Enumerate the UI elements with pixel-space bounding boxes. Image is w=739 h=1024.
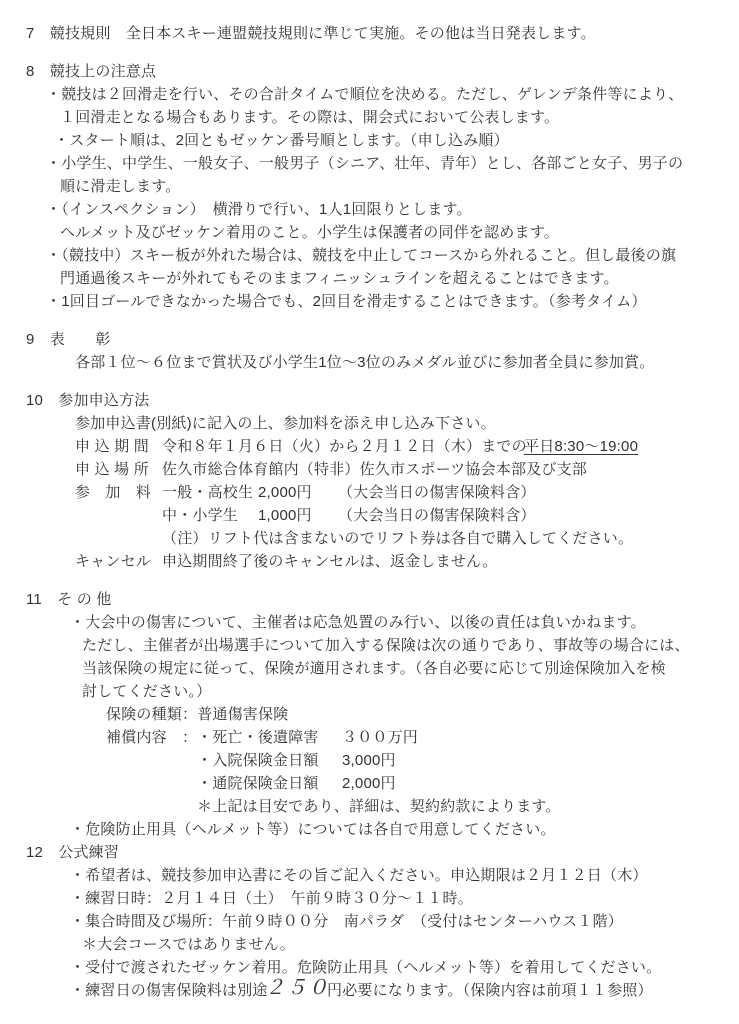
text-segment: 10 参加申込方法 [26, 389, 150, 412]
text-segment: （大会当日の傷害保険料含） [338, 481, 536, 504]
text-segment: 各部１位～６位まで賞状及び小学生1位～3位のみメダル並びに参加者全員に参加賞。 [75, 351, 655, 374]
text-segment: ・（競技中）スキー板が外れた場合は、競技を中止してコースから外れること。但し最後… [46, 244, 676, 267]
text-segment: ＊大会コースではありません。 [82, 933, 295, 956]
text-line: 9 表 彰 [0, 328, 739, 351]
text-segment: 円必要になります。（保険内容は前項１１参照） [327, 979, 653, 1002]
text-line: ＊上記は目安であり、詳細は、契約約款によります。 [0, 795, 739, 818]
text-segment: 門通過後スキーが外れてもそのままフィニッシュラインを超えることはできます。 [60, 267, 619, 290]
text-segment: ・小学生、中学生、一般女子、一般男子（シニア、壮年、青年）とし、各部ごと女子、男… [46, 152, 683, 175]
text-segment: 佐久市総合体育館内（特非）佐久市スポーツ協会本部及び支部 [162, 458, 587, 481]
text-segment: 2,000円 [258, 481, 312, 504]
text-line: ・練習日時：２月１４日（土） 午前９時３０分～１１時。 [0, 887, 739, 910]
text-line: ・集合時間及び場所：午前９時００分 南パラダ （受付はセンターハウス１階） [0, 910, 739, 933]
text-line: ただし、主催者が出場選手について加入する保険は次の通りであり、事故等の場合には、 [0, 634, 739, 657]
text-segment: 参加申込書(別紙)に記入の上、参加料を添え申し込み下さい。 [75, 412, 496, 435]
text-segment: 2,000円 [342, 772, 396, 795]
text-line: 参加申込書(別紙)に記入の上、参加料を添え申し込み下さい。 [0, 412, 739, 435]
text-segment: 補償内容 ： [106, 726, 197, 749]
text-line: 申 込 期 間令和８年１月６日（火）から２月１２日（木）までの平日8:30～19… [0, 435, 739, 458]
text-segment: 1,000円 [258, 504, 312, 527]
text-line: 10 参加申込方法 [0, 389, 739, 412]
text-line: ・希望者は、競技参加申込書にその旨ご記入ください。申込期限は２月１２日（木） [0, 864, 739, 887]
text-line: ・受付で渡されたゼッケン着用。危険防止用具（ヘルメット等）を着用してください。 [0, 956, 739, 979]
text-line: 11 そ の 他 [0, 588, 739, 611]
text-segment: 中・小学生 [162, 504, 238, 527]
text-segment: 一般・高校生 [162, 481, 253, 504]
text-segment: キャンセル [75, 550, 151, 573]
text-segment: 参 加 料 [75, 481, 151, 504]
text-line: ・競技は２回滑走を行い、その合計タイムで順位を決める。ただし、ゲレンデ条件等によ… [0, 83, 739, 106]
text-line: 参 加 料一般・高校生2,000円（大会当日の傷害保険料含） [0, 481, 739, 504]
text-segment: 申 込 期 間 [75, 435, 149, 458]
text-segment: ・受付で渡されたゼッケン着用。危険防止用具（ヘルメット等）を着用してください。 [70, 956, 661, 979]
text-line: 順に滑走します。 [0, 175, 739, 198]
text-segment: ・危険防止用具（ヘルメット等）については各自で用意してください。 [70, 818, 556, 841]
text-line: ・（競技中）スキー板が外れた場合は、競技を中止してコースから外れること。但し最後… [0, 244, 739, 267]
text-segment: ・練習日の傷害保険料は別途 [70, 979, 268, 1002]
text-line: 12 公式練習 [0, 841, 739, 864]
text-line: ・危険防止用具（ヘルメット等）については各自で用意してください。 [0, 818, 739, 841]
text-line: １回滑走となる場合もあります。その際は、開会式において公表します。 [0, 106, 739, 129]
text-segment: １回滑走となる場合もあります。その際は、開会式において公表します。 [60, 106, 559, 129]
document-body: 7 競技規則 全日本スキー連盟競技規則に準じて実施。その他は当日発表します。8 … [0, 0, 739, 1002]
text-segment: 7 競技規則 全日本スキー連盟競技規則に準じて実施。その他は当日発表します。 [26, 22, 596, 45]
document-page: 7 競技規則 全日本スキー連盟競技規則に準じて実施。その他は当日発表します。8 … [0, 0, 739, 1024]
text-segment: 申 込 場 所 [75, 458, 149, 481]
text-line: 7 競技規則 全日本スキー連盟競技規則に準じて実施。その他は当日発表します。 [0, 22, 739, 45]
text-segment: 令和８年１月６日（火）から２月１２日（木）までの [162, 435, 527, 458]
text-segment: 8 競技上の注意点 [26, 60, 156, 83]
text-line: ・練習日の傷害保険料は別途２５０円必要になります。（保険内容は前項１１参照） [0, 979, 739, 1002]
text-segment: ヘルメット及びゼッケン着用のこと。小学生は保護者の同伴を認めます。 [60, 221, 559, 244]
text-line: ・大会中の傷害について、主催者は応急処置のみ行い、以後の責任は負いかねます。 [0, 611, 739, 634]
text-line: 中・小学生1,000円（大会当日の傷害保険料含） [0, 504, 739, 527]
text-segment: 平日8:30～19:00 [524, 435, 638, 458]
text-line: ・（インスペクション） 横滑りで行い、1人1回限りとします。 [0, 198, 739, 221]
text-line: ・入院保険金日額3,000円 [0, 749, 739, 772]
text-line: ・通院保険金日額2,000円 [0, 772, 739, 795]
text-segment: 3,000円 [342, 749, 396, 772]
text-segment: 11 そ の 他 [26, 588, 112, 611]
text-line: （注）リフト代は含まないのでリフト券は各自で購入してください。 [0, 527, 739, 550]
text-segment: ・競技は２回滑走を行い、その合計タイムで順位を決める。ただし、ゲレンデ条件等によ… [46, 83, 683, 106]
text-line: 補償内容 ：・死亡・後遺障害３００万円 [0, 726, 739, 749]
text-segment: ・（インスペクション） 横滑りで行い、1人1回限りとします。 [46, 198, 472, 221]
text-segment: 順に滑走します。 [60, 175, 180, 198]
text-segment: 9 表 彰 [26, 328, 111, 351]
text-segment: 申込期間終了後のキャンセルは、返金しません。 [162, 550, 497, 573]
text-segment: ２５０ [265, 977, 330, 1000]
text-segment: ・通院保険金日額 [197, 772, 319, 795]
text-segment: ＊上記は目安であり、詳細は、契約約款によります。 [197, 795, 561, 818]
text-line: キャンセル申込期間終了後のキャンセルは、返金しません。 [0, 550, 739, 573]
text-segment: 討してください。） [82, 680, 211, 703]
text-line: 各部１位～６位まで賞状及び小学生1位～3位のみメダル並びに参加者全員に参加賞。 [0, 351, 739, 374]
text-line: ・1回目ゴールできなかった場合でも、2回目を滑走することはできます。（参考タイム… [0, 290, 739, 313]
text-segment: （注）リフト代は含まないのでリフト券は各自で購入してください。 [162, 527, 633, 550]
text-line: 討してください。） [0, 680, 739, 703]
text-segment: 当該保険の規定に従って、保険が適用されます。（各自必要に応じて別途保険加入を検 [82, 657, 666, 680]
text-segment: 保険の種類：普通傷害保険 [106, 703, 288, 726]
text-segment: ３００万円 [342, 726, 418, 749]
text-segment: ただし、主催者が出場選手について加入する保険は次の通りであり、事故等の場合には、 [82, 634, 690, 657]
text-line: 当該保険の規定に従って、保険が適用されます。（各自必要に応じて別途保険加入を検 [0, 657, 739, 680]
text-line: 門通過後スキーが外れてもそのままフィニッシュラインを超えることはできます。 [0, 267, 739, 290]
text-segment: ・入院保険金日額 [197, 749, 319, 772]
text-segment: ・希望者は、競技参加申込書にその旨ご記入ください。申込期限は２月１２日（木） [70, 864, 648, 887]
text-segment: ・1回目ゴールできなかった場合でも、2回目を滑走することはできます。（参考タイム… [46, 290, 647, 313]
text-line: 申 込 場 所佐久市総合体育館内（特非）佐久市スポーツ協会本部及び支部 [0, 458, 739, 481]
text-segment: ・死亡・後遺障害 [197, 726, 319, 749]
text-line: 保険の種類：普通傷害保険 [0, 703, 739, 726]
text-segment: ・練習日時：２月１４日（土） 午前９時３０分～１１時。 [70, 887, 473, 910]
text-segment: 12 公式練習 [26, 841, 119, 864]
text-segment: ・集合時間及び場所：午前９時００分 南パラダ （受付はセンターハウス１階） [70, 910, 623, 933]
text-line: ヘルメット及びゼッケン着用のこと。小学生は保護者の同伴を認めます。 [0, 221, 739, 244]
text-line: ・小学生、中学生、一般女子、一般男子（シニア、壮年、青年）とし、各部ごと女子、男… [0, 152, 739, 175]
text-segment: ・スタート順は、2回ともゼッケン番号順とします。（申し込み順） [54, 129, 509, 152]
text-line: 8 競技上の注意点 [0, 60, 739, 83]
text-segment: ・大会中の傷害について、主催者は応急処置のみ行い、以後の責任は負いかねます。 [70, 611, 646, 634]
text-line: ＊大会コースではありません。 [0, 933, 739, 956]
text-segment: （大会当日の傷害保険料含） [338, 504, 536, 527]
text-line: ・スタート順は、2回ともゼッケン番号順とします。（申し込み順） [0, 129, 739, 152]
